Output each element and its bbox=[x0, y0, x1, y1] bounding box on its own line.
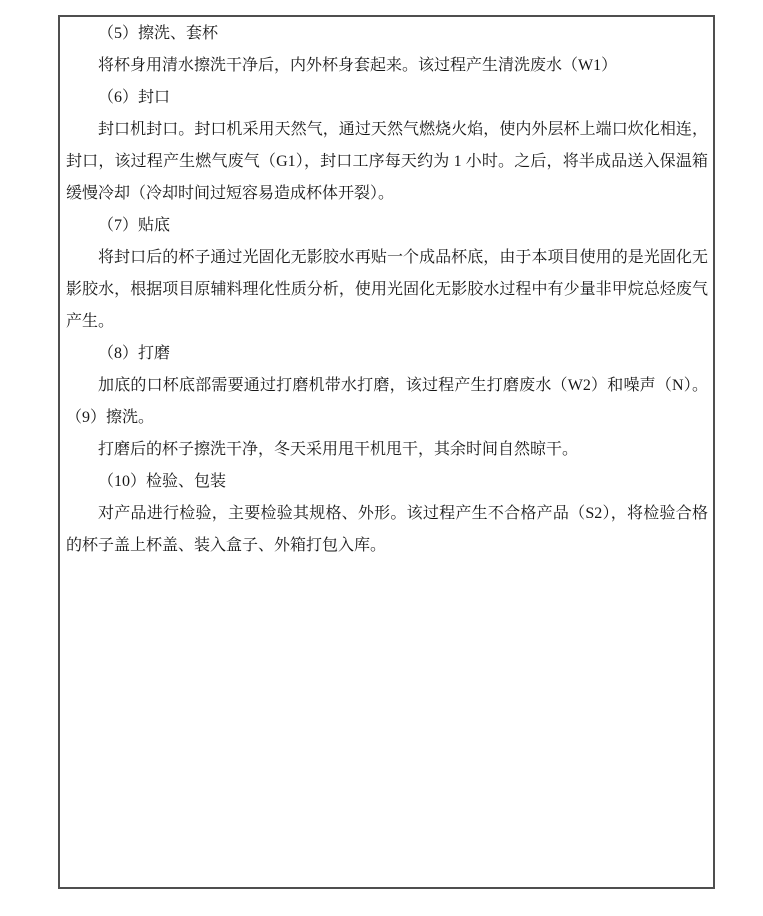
step-body-6: 封口机封口。封口机采用天然气，通过天然气燃烧火焰，使内外层杯上端口炊化相连，封口… bbox=[66, 114, 708, 210]
step-body-8: 加底的口杯底部需要通过打磨机带水打磨，该过程产生打磨废水（W2）和噪声（N）。（… bbox=[66, 370, 708, 434]
step-heading-6: （6）封口 bbox=[66, 82, 708, 114]
step-body-10: 对产品进行检验，主要检验其规格、外形。该过程产生不合格产品（S2），将检验合格的… bbox=[66, 498, 708, 562]
step-heading-7: （7）贴底 bbox=[66, 210, 708, 242]
step-body-5: 将杯身用清水擦洗干净后，内外杯身套起来。该过程产生清洗废水（W1） bbox=[66, 50, 708, 82]
step-heading-8: （8）打磨 bbox=[66, 338, 708, 370]
table-cell: （5）擦洗、套杯 将杯身用清水擦洗干净后，内外杯身套起来。该过程产生清洗废水（W… bbox=[58, 15, 715, 889]
step-heading-10: （10）检验、包装 bbox=[66, 466, 708, 498]
step-body-9: 打磨后的杯子擦洗干净，冬天采用甩干机甩干，其余时间自然晾干。 bbox=[66, 434, 708, 466]
document-page: （5）擦洗、套杯 将杯身用清水擦洗干净后，内外杯身套起来。该过程产生清洗废水（W… bbox=[0, 0, 763, 916]
step-heading-5: （5）擦洗、套杯 bbox=[66, 18, 708, 50]
step-body-7: 将封口后的杯子通过光固化无影胶水再贴一个成品杯底，由于本项目使用的是光固化无影胶… bbox=[66, 242, 708, 338]
